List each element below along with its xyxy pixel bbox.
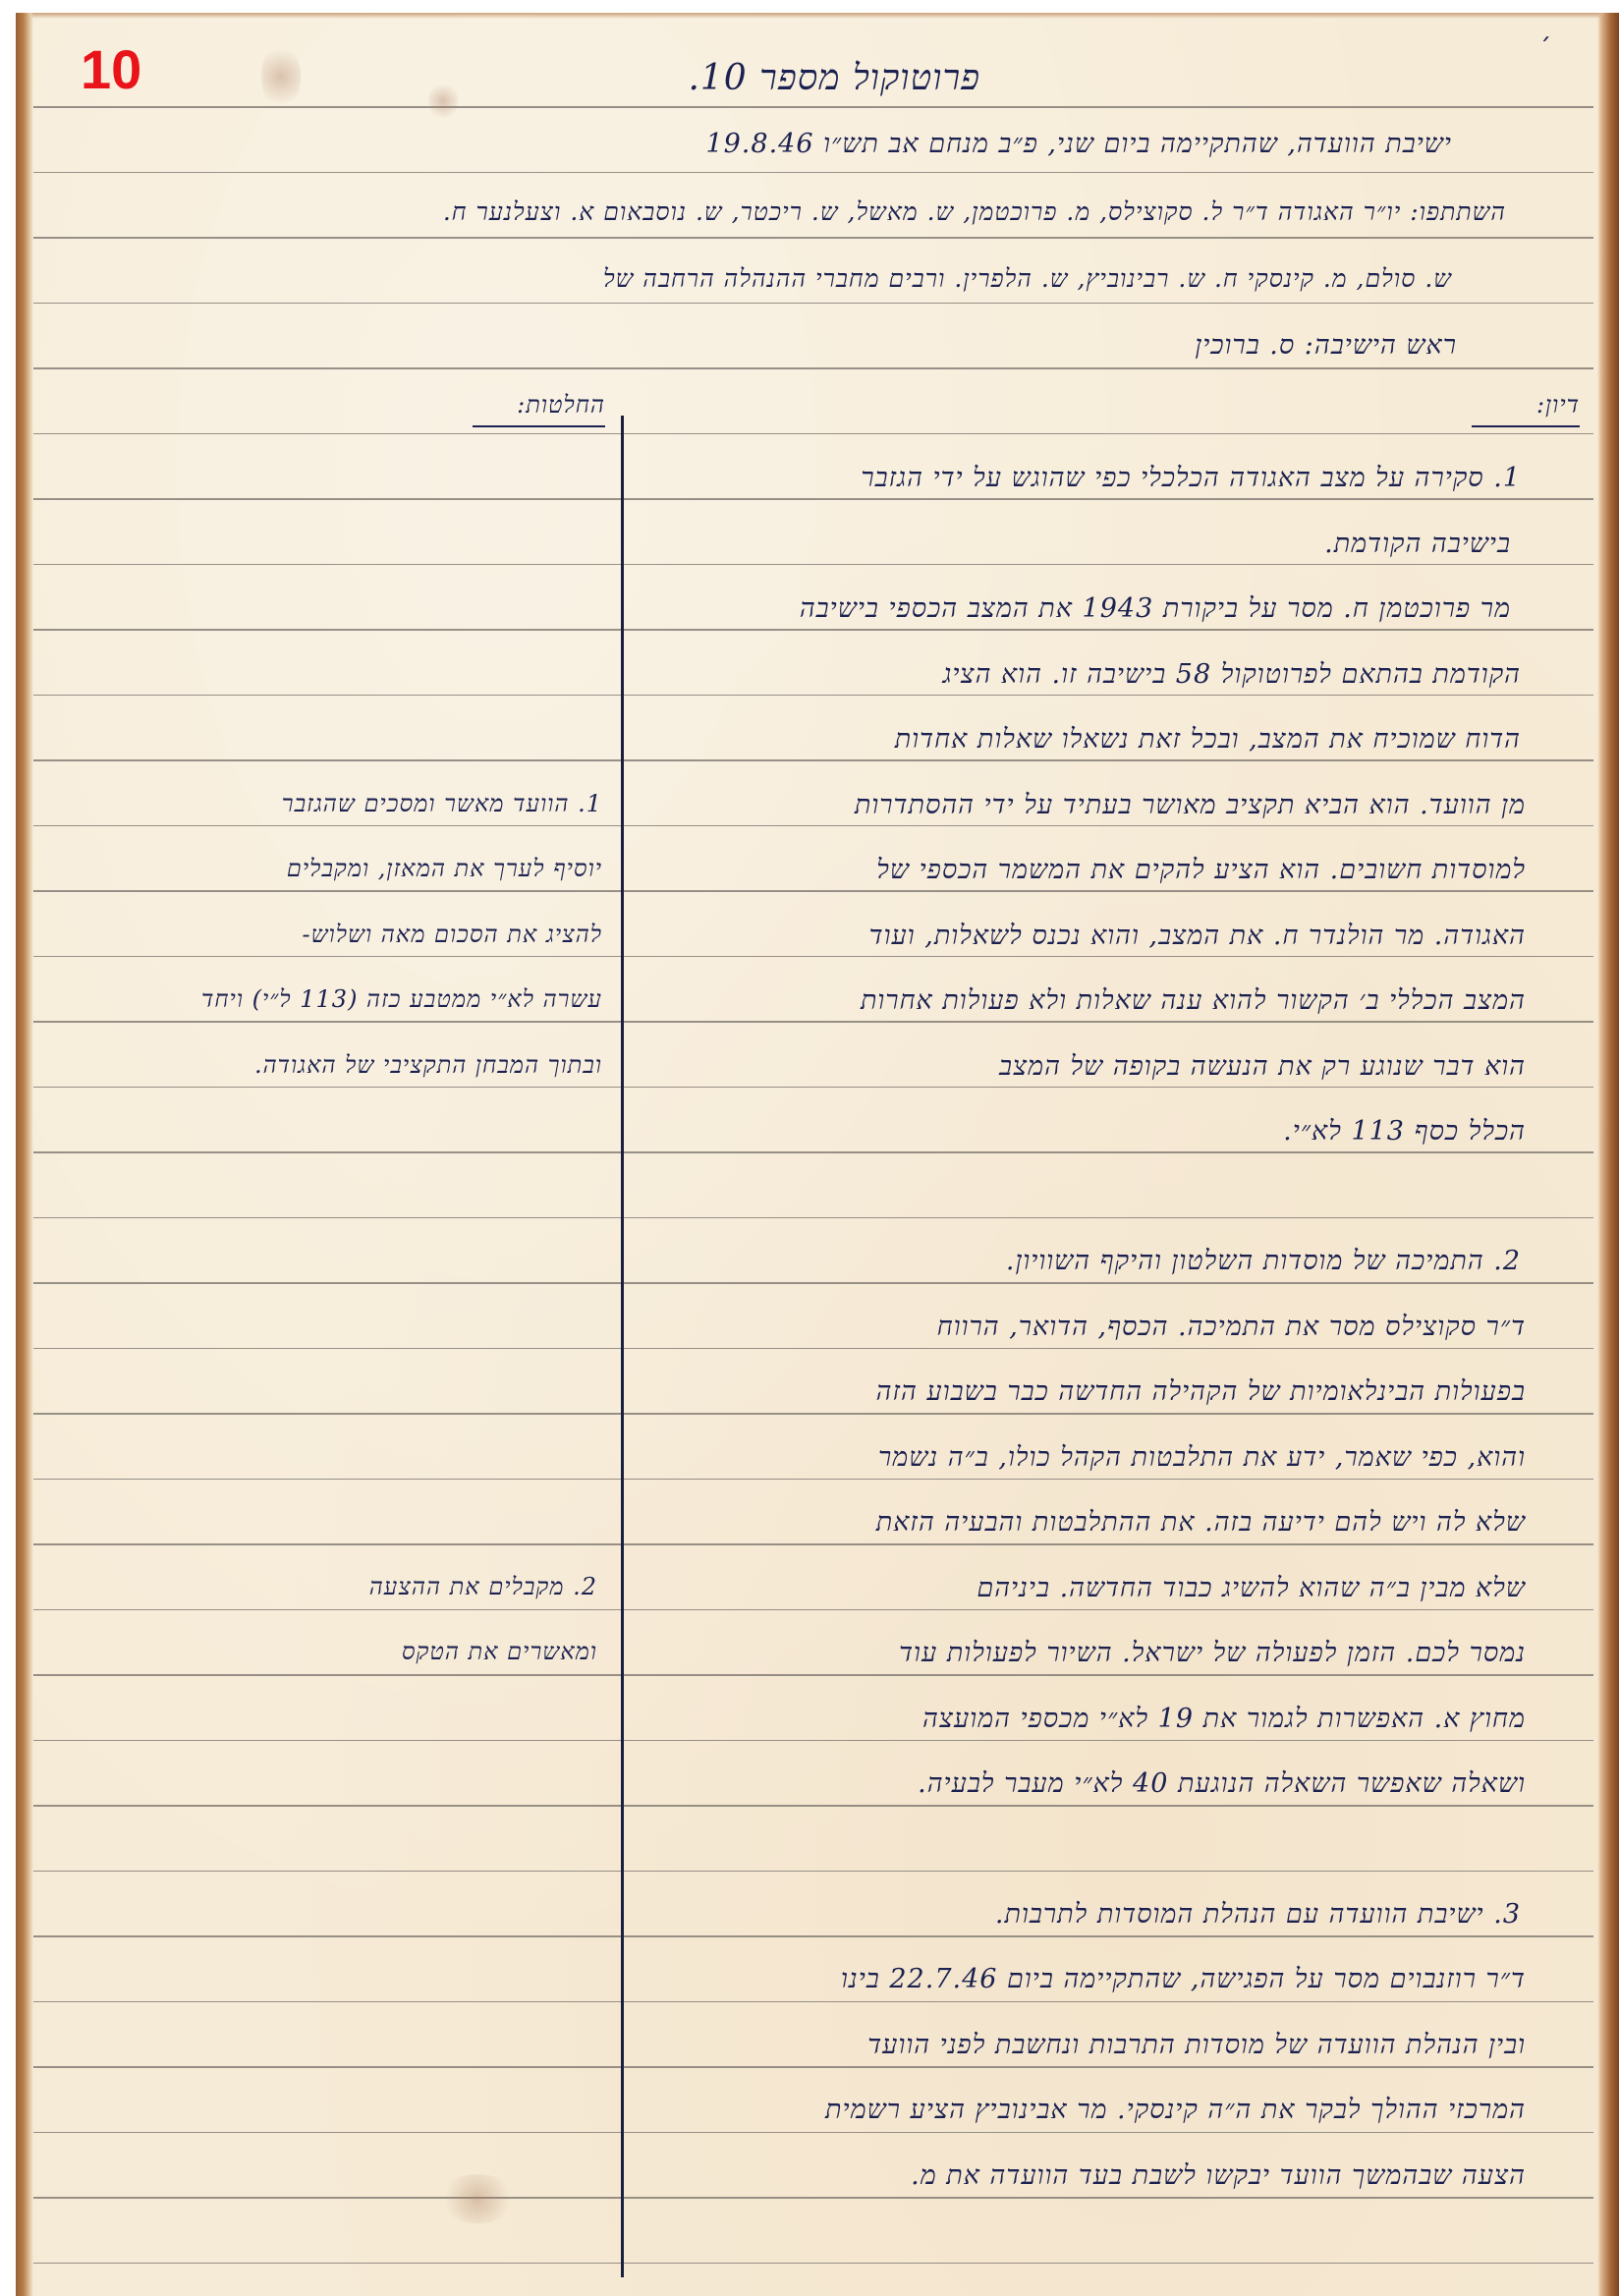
discussion-line: ד״ר סקוצילס מסר את התמיכה. הכסף, הדואר, … [937, 1314, 1526, 1340]
ruled-line [33, 1674, 1593, 1676]
ruled-line [33, 303, 1593, 305]
meeting-info-line: ישיבת הוועדה, שהתקיימה ביום שני, פ״ב מנח… [705, 131, 1452, 157]
discussion-line: 1. סקירה על מצב האגודה הכלכלי כפי שהוגש … [861, 465, 1521, 491]
discussion-line: ושאלה שאפשר השאלה הנוגעת 40 לא״י מעבר לב… [918, 1770, 1526, 1797]
ruled-line [33, 2001, 1593, 2003]
ruled-line [33, 2263, 1593, 2265]
ruled-line [33, 1021, 1593, 1023]
ruled-line [33, 172, 1593, 174]
ruled-line [33, 1609, 1593, 1611]
discussion-line: ד״ר רוזנבוים מסר על הפגישה, שהתקיימה ביו… [841, 1966, 1526, 1992]
ruled-line [33, 956, 1593, 958]
discussion-line: מן הוועד. הוא הביא תקציב מאושר בעתיד על … [855, 792, 1526, 818]
ruled-line [33, 1217, 1593, 1219]
paper-stain [428, 82, 458, 121]
ruled-line [33, 2197, 1593, 2199]
discussion-line: הצעה שבהמשך הוועד יבקשו לשבת בעד הוועדה … [911, 2162, 1526, 2189]
discussion-line: 3. ישיבת הוועדה עם הנהלת המוסדות לתרבות. [995, 1901, 1521, 1928]
discussion-line: מר פרוכטמן ח. מסר על ביקורת 1943 את המצב… [800, 595, 1511, 622]
ruled-line [33, 1151, 1593, 1153]
attendees-line: השתתפו: יו״ר האגודה ד״ר ל. סקוצילס, מ. פ… [443, 199, 1506, 224]
attendees-line-2: ש. סולם, מ. קינסקי ח. ש. רבינוביץ, ש. הל… [603, 266, 1452, 291]
decision-line: להציג את הסכום מאה ושלוש- [303, 923, 603, 946]
ruled-line [33, 759, 1593, 761]
discussion-line: הדוח שמוכיח את המצב, ובכל זאת נשאלו שאלו… [895, 726, 1521, 753]
chairman-line: ראש הישיבה: ס. ברוכין [1195, 332, 1457, 359]
ruled-line [33, 1935, 1593, 1937]
binding-edge-left [16, 13, 33, 2296]
column-divider [621, 416, 624, 2277]
discussion-line: האגודה. מר הולנדר ח. את המצב, והוא נכנס … [869, 923, 1526, 949]
decision-line: יוסיף לערך את המאזן, ומקבלים [287, 857, 602, 880]
ruled-line [33, 2132, 1593, 2134]
discussion-line: למוסדות חשובים. הוא הציע להקים את המשמר … [876, 857, 1526, 883]
discussion-line: 2. התמיכה של מוסדות השלטון והיקף השוויון… [1006, 1248, 1521, 1274]
ruled-line [33, 106, 1593, 108]
discussion-line: מחוץ א. האפשרות לגמור את 19 לא״י מכספי ה… [922, 1706, 1526, 1732]
discussion-line: והוא, כפי שאמר, ידע את התלבטות הקהל כולו… [878, 1444, 1526, 1471]
page-top-edge [16, 13, 1619, 19]
ruled-line [33, 1413, 1593, 1415]
discussion-line: הכלל כסף 113 לא״י. [1283, 1118, 1526, 1145]
ruled-line [33, 1087, 1593, 1089]
discussion-column-header: דיון: [1472, 391, 1580, 427]
discussion-line: הקודמת בהתאם לפרוטוקול 58 בישיבה זו. הוא… [942, 661, 1521, 688]
decision-line: ומאשרים את הטקס [402, 1640, 597, 1663]
ruled-line [33, 1282, 1593, 1284]
corner-pen-mark: ˏ [1538, 13, 1560, 34]
binding-edge-right [1597, 13, 1619, 2296]
paper-stain [261, 42, 301, 111]
decision-line: עשרה לא״י ממטבע כזה (113 ל״י) ויחד [201, 987, 602, 1011]
ruled-line [33, 629, 1593, 631]
discussion-line: שלא לה ויש להם ידיעה בזה. את ההתלבטות וה… [876, 1509, 1526, 1536]
ruled-line [33, 433, 1593, 435]
decision-line: 1. הוועד מאשר ומסכים שהגזבר [282, 792, 602, 815]
ruled-line [33, 825, 1593, 827]
discussion-line: הוא דבר שנוגע רק את הנעשה בקופה של המצב [999, 1053, 1526, 1080]
decision-line: 2. מקבלים את ההצעה [369, 1575, 597, 1598]
document-title: פרוטוקול מספר 10. [688, 57, 980, 98]
ruled-line [33, 564, 1593, 566]
ruled-line [33, 1805, 1593, 1807]
ruled-line [33, 2066, 1593, 2068]
discussion-line: שלא מבין ב״ה שהוא להשיג כבוד החדשה. ביני… [977, 1575, 1526, 1601]
paper-stain [438, 2174, 517, 2223]
discussion-line: המצב הכללי ב׳ הקשור להוא ענה שאלות ולא פ… [861, 987, 1526, 1014]
ruled-line [33, 890, 1593, 892]
discussion-line: נמסר לכם. הזמן לפעולה של ישראל. השיור לפ… [899, 1640, 1526, 1666]
ruled-line [33, 1348, 1593, 1350]
ruled-line [33, 1479, 1593, 1481]
ruled-line [33, 498, 1593, 500]
decisions-column-header: החלטות: [473, 391, 605, 427]
ruled-line [33, 1543, 1593, 1545]
notebook-page: ˏ 10 פרוטוקול מספר 10. ישיבת הוועדה, שהת… [16, 13, 1619, 2296]
ruled-line [33, 1871, 1593, 1873]
discussion-line: בפעולות הבינלאומיות של הקהילה החדשה כבר … [876, 1378, 1526, 1405]
discussion-line: ובין הנהלת הוועדה של מוסדות התרבות ונחשב… [867, 2032, 1526, 2058]
discussion-line: בישיבה הקודמת. [1324, 531, 1511, 557]
ruled-line [33, 695, 1593, 697]
decision-line: ובתוך המבחן התקציבי של האגודה. [254, 1053, 602, 1077]
page-number-label: 10 [81, 42, 141, 97]
ruled-line [33, 367, 1593, 369]
ruled-line [33, 1740, 1593, 1742]
discussion-line: המרכזי ההולך לבקר את ה״ה קינסקי. מר אבינ… [825, 2097, 1526, 2123]
ruled-line [33, 237, 1593, 239]
